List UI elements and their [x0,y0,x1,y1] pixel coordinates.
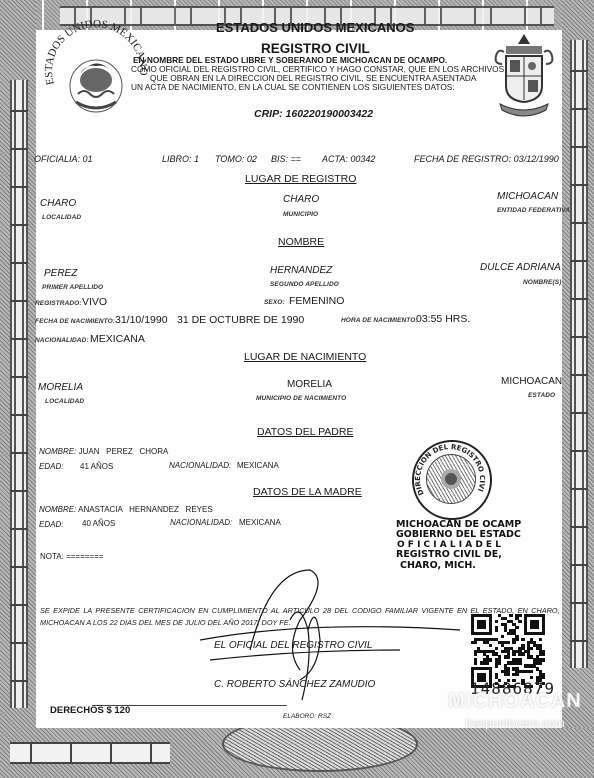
section-title-nombre: NOMBRE [278,236,324,248]
sexo-label: SEXO: [264,299,285,306]
nombres-label: NOMBRE(S) [523,279,561,286]
madre-edad: 40 AÑOS [82,519,115,528]
segundo-apellido-label: SEGUNDO APELLIDO [270,281,339,288]
qr-code-icon [471,614,545,688]
elaboro: ELABORO: RSZ [283,713,331,720]
nota: NOTA: ======== [40,552,103,561]
nacimiento-localidad: MORELIA [38,382,83,393]
madre-nombre: ANASTACIA HERNANDEZ REYES [78,505,213,514]
acta: ACTA: 00342 [322,154,375,164]
birth-certificate: ESTADOS UNIDOS MEXICANOS ESTADOS UNIDOS … [0,0,594,778]
preamble-line-4: UN ACTA DE NACIMIENTO, EN LA CUAL SE CON… [131,82,455,92]
oficialia: OFICIALIA: 01 [34,154,93,164]
hora-nacimiento-value: 03:55 HRS. [416,313,470,325]
country-title: ESTADOS UNIDOS MEXICANOS [216,20,414,35]
fecha-registro: FECHA DE REGISTRO: 03/12/1990 [414,154,559,164]
libro: LIBRO: 1 [162,154,199,164]
registro-municipio: CHARO [283,194,319,205]
crip-value: 160220190003422 [286,108,374,120]
registro-entidad-label: ENTIDAD FEDERATIVA [497,207,570,214]
nacimiento-municipio: MORELIA [287,379,332,390]
nacimiento-localidad-label: LOCALIDAD [45,398,84,405]
signature-name: C. ROBERTO SÁNCHEZ ZAMUDIO [214,679,375,690]
section-title-madre: DATOS DE LA MADRE [253,486,362,498]
registro-localidad-label: LOCALIDAD [42,214,81,221]
registrado-label: REGISTRADO: [35,300,82,307]
nacimiento-estado: MICHOACAN [501,376,562,387]
primer-apellido-label: PRIMER APELLIDO [42,284,103,291]
madre-edad-label: EDAD: [39,520,63,529]
padre-nombre-label: NOMBRE: [39,447,76,456]
registro-municipio-label: MUNICIPIO [283,211,318,218]
decorative-border-bottom [0,728,594,778]
stamp-eagle-icon [426,454,476,504]
section-title-lugar-registro: LUGAR DE REGISTRO [245,173,356,185]
padre-edad-label: EDAD: [39,462,63,471]
hora-nacimiento-label: HORA DE NACIMIENTO: [341,317,418,324]
padre-nacionalidad: MEXICANA [237,461,279,470]
madre-nacionalidad: MEXICANA [239,518,281,527]
madre-nombre-row: NOMBRE: ANASTACIA HERNANDEZ REYES [39,505,213,514]
padre-nacionalidad-label: NACIONALIDAD: [169,461,231,470]
fecha-nacimiento-text: 31 DE OCTUBRE DE 1990 [177,314,304,326]
bis: BIS: == [271,154,301,164]
registro-localidad: CHARO [40,198,76,209]
crip-field: CRIP: 160220190003422 [254,108,373,120]
office-title: REGISTRO CIVIL [261,41,370,56]
section-title-padre: DATOS DEL PADRE [257,426,353,438]
official-stamp: DIRECCION DEL REGISTRO CIVIL EN EL ESTAD… [412,440,492,520]
nacionalidad-label: NACIONALIDAD: [35,337,89,344]
madre-nombre-label: NOMBRE: [39,505,76,514]
sexo-value: FEMENINO [289,295,344,307]
watermark-url: trespuntocero.com [440,716,590,730]
stamp-line-4: REGISTRO CIVIL DE, [396,550,502,560]
padre-nombre: JUAN PEREZ CHORA [79,447,169,456]
decorative-border-right [562,0,594,778]
segundo-apellido: HERNANDEZ [270,265,332,276]
state-coat-of-arms-icon [490,30,558,120]
padre-edad: 41 AÑOS [80,462,113,471]
padre-nombre-row: NOMBRE: JUAN PEREZ CHORA [39,447,168,456]
section-title-lugar-nacimiento: LUGAR DE NACIMIENTO [244,351,366,363]
nacimiento-municipio-label: MUNICIPIO DE NACIMIENTO [256,395,346,402]
watermark-brand: MICHOACAN [440,690,590,713]
nacimiento-estado-label: ESTADO [528,392,555,399]
decorative-border-left [0,0,36,778]
registrado-value: VIVO [82,296,107,308]
madre-nacionalidad-label: NACIONALIDAD: [170,518,232,527]
stamp-line-2: GOBIERNO DEL ESTADC [396,530,521,540]
primer-apellido: PEREZ [44,268,77,279]
derechos: DERECHOS $ 120 [50,705,130,716]
nacionalidad-value: MEXICANA [90,333,145,345]
fecha-nacimiento-value: 31/10/1990 [115,314,168,326]
tomo: TOMO: 02 [215,154,257,164]
crip-label: CRIP: [254,108,283,120]
nombres: DULCE ADRIANA [480,262,561,273]
registro-entidad: MICHOACAN [497,191,558,202]
fecha-nacimiento-label: FECHA DE NACIMIENTO: [35,318,115,325]
signature-title: EL OFICIAL DEL REGISTRO CIVIL [214,640,372,651]
